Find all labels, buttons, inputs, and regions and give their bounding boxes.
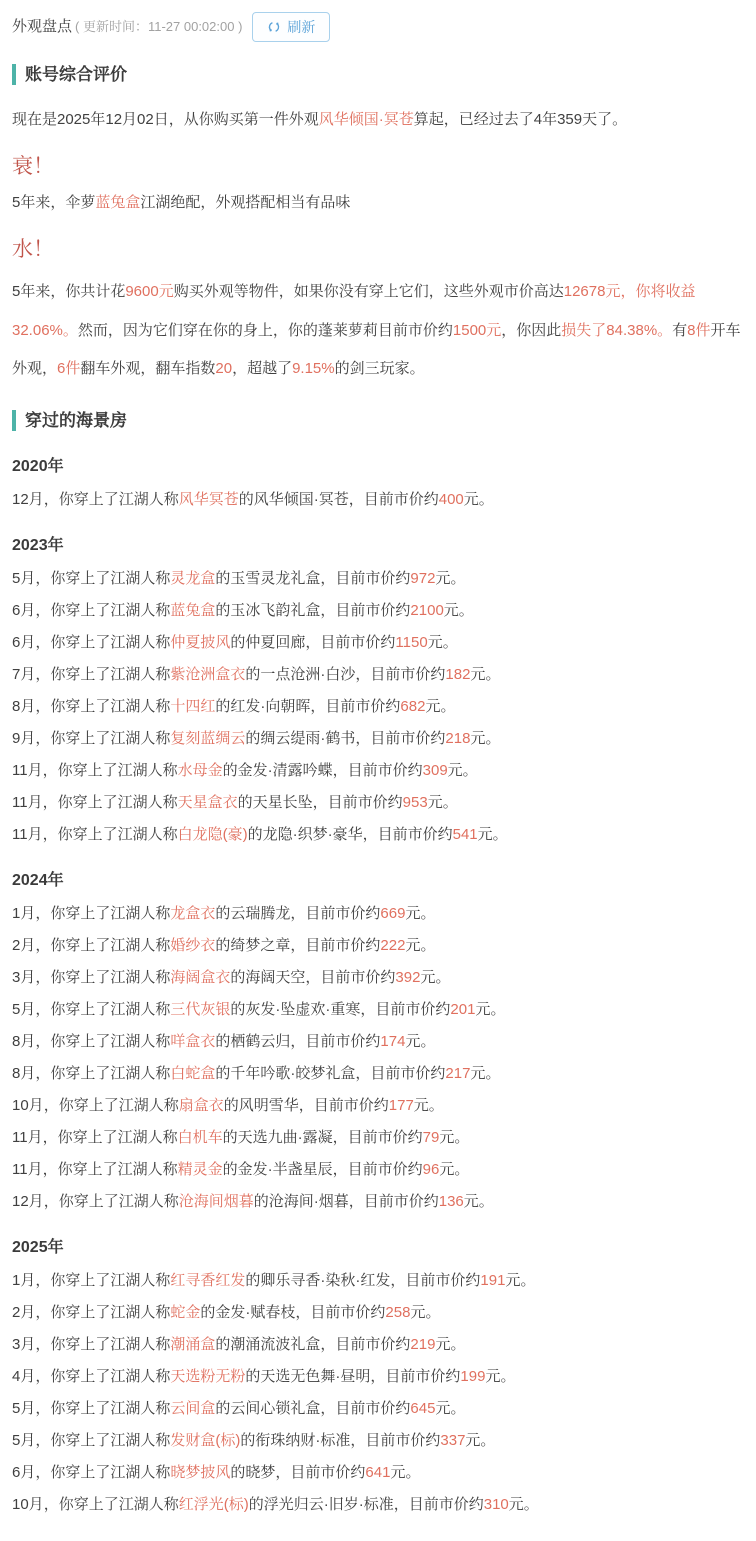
spent-amount: 9600元 bbox=[125, 283, 173, 300]
text-fragment: ，你穿上了江湖人称 bbox=[35, 1464, 170, 1481]
text-fragment: ，目前市价约 bbox=[295, 1304, 385, 1321]
entry-month: 5月 bbox=[12, 1400, 35, 1417]
wardrobe-entry: 6月，你穿上了江湖人称蓝兔盒的玉冰飞韵礼盒，目前市价约2100元。 bbox=[12, 600, 744, 621]
entry-price: 136 bbox=[439, 1193, 464, 1210]
entry-month: 11月 bbox=[12, 1161, 43, 1178]
text-fragment: 的 bbox=[230, 969, 245, 986]
entry-month: 5月 bbox=[12, 1432, 35, 1449]
text-fragment: ，你穿上了江湖人称 bbox=[43, 1129, 178, 1146]
text-fragment: 元。 bbox=[448, 762, 478, 779]
text-fragment: 的 bbox=[215, 1033, 230, 1050]
text-fragment: 元。 bbox=[425, 698, 455, 715]
text-fragment: ，你穿上了江湖人称 bbox=[35, 1033, 170, 1050]
entry-item-name: 沧海间·烟暮 bbox=[269, 1193, 349, 1210]
text-fragment: ，目前市价约 bbox=[355, 666, 445, 683]
text-fragment: 的 bbox=[215, 1336, 230, 1353]
text-fragment: 现在是2025年12月02日，从你购买第一件外观 bbox=[12, 111, 319, 128]
entry-nickname: 沧海间烟暮 bbox=[179, 1193, 254, 1210]
text-fragment: 元。 bbox=[405, 937, 435, 954]
entry-item-name: 玉雪灵龙礼盒 bbox=[230, 570, 320, 587]
entry-month: 11月 bbox=[12, 794, 43, 811]
wardrobe-entry: 1月，你穿上了江湖人称龙盒衣的云瑞腾龙，目前市价约669元。 bbox=[12, 903, 744, 924]
text-fragment: 的 bbox=[215, 570, 230, 587]
entry-month: 10月 bbox=[12, 1097, 44, 1114]
entry-price: 177 bbox=[389, 1097, 414, 1114]
text-fragment: ，目前市价约 bbox=[320, 1400, 410, 1417]
entry-item-name: 浮光归云·旧岁·标准 bbox=[264, 1496, 394, 1513]
entry-month: 11月 bbox=[12, 826, 43, 843]
text-fragment: ，你穿上了江湖人称 bbox=[35, 1065, 170, 1082]
text-fragment: 元。 bbox=[420, 969, 450, 986]
wardrobe-entry: 6月，你穿上了江湖人称晓梦披风的晓梦，目前市价约641元。 bbox=[12, 1462, 744, 1483]
text-fragment: ，你穿上了江湖人称 bbox=[35, 634, 170, 651]
text-fragment: ，目前市价约 bbox=[349, 1193, 439, 1210]
text-fragment: ，你穿上了江湖人称 bbox=[35, 1400, 170, 1417]
text-fragment: 元。 bbox=[390, 1464, 420, 1481]
entry-price: 96 bbox=[423, 1161, 440, 1178]
text-fragment: ，目前市价约 bbox=[355, 730, 445, 747]
text-fragment: 元。 bbox=[439, 1129, 469, 1146]
text-fragment: 购买外观等物件，如果你没有穿上它们，这些外观市价高达 bbox=[174, 283, 564, 300]
entry-month: 12月 bbox=[12, 491, 44, 508]
wardrobe-entry: 2月，你穿上了江湖人称婚纱衣的绮梦之章，目前市价约222元。 bbox=[12, 935, 744, 956]
wardrobe-entry: 1月，你穿上了江湖人称红寻香红发的卿乐寻香·染秋·红发，目前市价约191元。 bbox=[12, 1270, 744, 1291]
text-fragment: ，目前市价约 bbox=[290, 937, 380, 954]
section-heading-account-evaluation: 账号综合评价 bbox=[12, 64, 744, 85]
entry-month: 4月 bbox=[12, 1368, 35, 1385]
text-fragment: ，你穿上了江湖人称 bbox=[35, 730, 170, 747]
entry-item-name: 衔珠纳财·标准 bbox=[255, 1432, 350, 1449]
entry-price: 199 bbox=[460, 1368, 485, 1385]
text-fragment: ，你穿上了江湖人称 bbox=[43, 794, 178, 811]
text-fragment: 的剑三玩家。 bbox=[335, 360, 425, 377]
text-fragment: ，你穿上了江湖人称 bbox=[35, 1336, 170, 1353]
entry-item-name: 仲夏回廊 bbox=[245, 634, 305, 651]
text-fragment: ，目前市价约 bbox=[390, 1272, 480, 1289]
entry-month: 6月 bbox=[12, 602, 35, 619]
text-fragment: 的 bbox=[215, 602, 230, 619]
wardrobe-entry: 4月，你穿上了江湖人称天选粉无粉的天选无色舞·昼明，目前市价约199元。 bbox=[12, 1366, 744, 1387]
gain-item-count: 8件 bbox=[687, 322, 710, 339]
entry-nickname: 咩盒衣 bbox=[170, 1033, 215, 1050]
entry-item-name: 潮涌流波礼盒 bbox=[230, 1336, 320, 1353]
wardrobe-entry: 8月，你穿上了江湖人称十四红的红发·向朝晖，目前市价约682元。 bbox=[12, 696, 744, 717]
entry-item-name: 玉冰飞韵礼盒 bbox=[230, 602, 320, 619]
text-fragment: 的 bbox=[245, 1368, 260, 1385]
text-fragment: 翻车外观，翻车指数 bbox=[80, 360, 215, 377]
text-fragment: 的 bbox=[245, 666, 260, 683]
entry-nickname: 蓝兔盒 bbox=[170, 602, 215, 619]
entry-price: 972 bbox=[410, 570, 435, 587]
year-heading-2024: 2024年 bbox=[12, 871, 744, 892]
text-fragment: ，目前市价约 bbox=[310, 698, 400, 715]
entry-price: 669 bbox=[380, 905, 405, 922]
text-fragment: ，目前市价约 bbox=[333, 762, 423, 779]
entry-item-name: 金发·赋春枝 bbox=[215, 1304, 295, 1321]
entry-month: 8月 bbox=[12, 698, 35, 715]
text-fragment: ，你穿上了江湖人称 bbox=[35, 666, 170, 683]
text-fragment: 的 bbox=[245, 730, 260, 747]
current-value: 1500元 bbox=[453, 322, 501, 339]
text-fragment: 元。 bbox=[478, 826, 508, 843]
first-outfit-name: 风华倾国·冥苍 bbox=[319, 111, 414, 128]
entry-nickname: 红浮光(标) bbox=[179, 1496, 249, 1513]
text-fragment: ，目前市价约 bbox=[333, 1161, 423, 1178]
text-fragment: ，目前市价约 bbox=[349, 491, 439, 508]
entry-price: 541 bbox=[453, 826, 478, 843]
entry-item-name: 绸云缇雨·鹤书 bbox=[260, 730, 355, 747]
entry-nickname: 白蛇盒 bbox=[170, 1065, 215, 1082]
text-fragment: ，你穿上了江湖人称 bbox=[43, 762, 178, 779]
wardrobe-entry: 11月，你穿上了江湖人称水母金的金发·清露吟蝶，目前市价约309元。 bbox=[12, 760, 744, 781]
entry-price: 310 bbox=[484, 1496, 509, 1513]
entry-price: 392 bbox=[395, 969, 420, 986]
text-fragment: ，你穿上了江湖人称 bbox=[35, 1001, 170, 1018]
entry-item-name: 天选无色舞·昼明 bbox=[260, 1368, 370, 1385]
text-fragment: 的 bbox=[238, 794, 253, 811]
text-fragment: 的 bbox=[239, 491, 254, 508]
entry-item-name: 栖鹤云归 bbox=[230, 1033, 290, 1050]
text-fragment: ，目前市价约 bbox=[363, 826, 453, 843]
text-fragment: 的 bbox=[215, 937, 230, 954]
entry-nickname: 白龙隐(豪) bbox=[178, 826, 248, 843]
text-fragment: 元。 bbox=[405, 1033, 435, 1050]
entry-price: 337 bbox=[440, 1432, 465, 1449]
wardrobe-entry: 11月，你穿上了江湖人称天星盒衣的天星长坠，目前市价约953元。 bbox=[12, 792, 744, 813]
text-fragment: ，目前市价约 bbox=[370, 1368, 460, 1385]
text-fragment: 元。 bbox=[470, 1065, 500, 1082]
entry-item-name: 千年吟歌·皎梦礼盒 bbox=[230, 1065, 355, 1082]
entry-price: 191 bbox=[480, 1272, 505, 1289]
entry-month: 12月 bbox=[12, 1193, 44, 1210]
wardrobe-entry: 8月，你穿上了江湖人称白蛇盒的千年吟歌·皎梦礼盒，目前市价约217元。 bbox=[12, 1063, 744, 1084]
entry-item-name: 金发·清露吟蝶 bbox=[238, 762, 333, 779]
text-fragment: ，目前市价约 bbox=[320, 1336, 410, 1353]
entry-month: 1月 bbox=[12, 1272, 35, 1289]
text-fragment: 的 bbox=[254, 1193, 269, 1210]
text-fragment: ，你穿上了江湖人称 bbox=[35, 969, 170, 986]
entry-price: 953 bbox=[403, 794, 428, 811]
entry-month: 7月 bbox=[12, 666, 35, 683]
text-fragment: 5年来，伞萝 bbox=[12, 194, 95, 211]
text-fragment: ，你穿上了江湖人称 bbox=[35, 570, 170, 587]
text-fragment: ，你穿上了江湖人称 bbox=[35, 602, 170, 619]
entry-item-name: 风华倾国·冥苍 bbox=[254, 491, 349, 508]
text-fragment: ，你穿上了江湖人称 bbox=[35, 698, 170, 715]
text-fragment: ，目前市价约 bbox=[333, 1129, 423, 1146]
wardrobe-entry: 6月，你穿上了江湖人称仲夏披风的仲夏回廊，目前市价约1150元。 bbox=[12, 632, 744, 653]
entry-nickname: 发财盒(标) bbox=[170, 1432, 240, 1449]
entry-price: 258 bbox=[385, 1304, 410, 1321]
wardrobe-entry: 10月，你穿上了江湖人称红浮光(标)的浮光归云·旧岁·标准，目前市价约310元。 bbox=[12, 1494, 744, 1515]
entry-nickname: 龙盒衣 bbox=[170, 905, 215, 922]
text-fragment: 元。 bbox=[444, 602, 474, 619]
entry-price: 682 bbox=[400, 698, 425, 715]
text-fragment: 元。 bbox=[475, 1001, 505, 1018]
wardrobe-entry: 3月，你穿上了江湖人称海阔盒衣的海阔天空，目前市价约392元。 bbox=[12, 967, 744, 988]
text-fragment: 元。 bbox=[435, 1400, 465, 1417]
entry-nickname: 十四红 bbox=[170, 698, 215, 715]
entry-item-name: 云瑞腾龙 bbox=[230, 905, 290, 922]
entry-nickname: 天选粉无粉 bbox=[170, 1368, 245, 1385]
entry-nickname: 灵龙盒 bbox=[170, 570, 215, 587]
wardrobe-entry: 9月，你穿上了江湖人称复刻蓝绸云的绸云缇雨·鹤书，目前市价约218元。 bbox=[12, 728, 744, 749]
entry-nickname: 风华冥苍 bbox=[179, 491, 239, 508]
text-fragment: 元。 bbox=[464, 1193, 494, 1210]
entry-item-name: 红发·向朝晖 bbox=[230, 698, 310, 715]
loss-item-count: 6件 bbox=[57, 360, 80, 377]
text-fragment: 的 bbox=[249, 1496, 264, 1513]
text-fragment: ，你穿上了江湖人称 bbox=[44, 1496, 179, 1513]
entry-item-name: 天星长坠 bbox=[253, 794, 313, 811]
text-fragment: ，你穿上了江湖人称 bbox=[44, 1097, 179, 1114]
wardrobe-entry: 5月，你穿上了江湖人称三代灰银的灰发·坠虚欢·重寒，目前市价约201元。 bbox=[12, 999, 744, 1020]
surpass-percent: 9.15% bbox=[292, 360, 335, 377]
text-fragment: 的 bbox=[240, 1432, 255, 1449]
taste-highlight: 蓝兔盒 bbox=[95, 194, 140, 211]
text-fragment: 元。 bbox=[485, 1368, 515, 1385]
text-fragment: ，你穿上了江湖人称 bbox=[44, 491, 179, 508]
entry-price: 174 bbox=[380, 1033, 405, 1050]
entry-month: 8月 bbox=[12, 1033, 35, 1050]
year-heading-2023: 2023年 bbox=[12, 536, 744, 557]
text-fragment: 元。 bbox=[465, 1432, 495, 1449]
entry-price: 219 bbox=[410, 1336, 435, 1353]
entry-price: 2100 bbox=[410, 602, 443, 619]
wardrobe-entry: 11月，你穿上了江湖人称精灵金的金发·半盏星辰，目前市价约96元。 bbox=[12, 1159, 744, 1180]
text-fragment: 的 bbox=[245, 1272, 260, 1289]
flip-index: 20 bbox=[215, 360, 232, 377]
entry-item-name: 风明雪华 bbox=[239, 1097, 299, 1114]
text-fragment: ，目前市价约 bbox=[299, 1097, 389, 1114]
text-fragment: 元。 bbox=[410, 1304, 440, 1321]
update-time: ( 更新时间：11-27 00:02:00 ) bbox=[75, 18, 242, 37]
entry-item-name: 灰发·坠虚欢·重寒 bbox=[245, 1001, 360, 1018]
text-fragment: 5年来，你共计花 bbox=[12, 283, 125, 300]
entry-nickname: 晓梦披风 bbox=[170, 1464, 230, 1481]
entry-nickname: 三代灰银 bbox=[170, 1001, 230, 1018]
wardrobe-entry: 5月，你穿上了江湖人称灵龙盒的玉雪灵龙礼盒，目前市价约972元。 bbox=[12, 568, 744, 589]
entry-nickname: 仲夏披风 bbox=[170, 634, 230, 651]
text-fragment: 元。 bbox=[405, 905, 435, 922]
text-fragment: 然而，因为它们穿在你的身上，你的蓬莱萝莉目前市价约 bbox=[78, 322, 453, 339]
wardrobe-entry: 12月，你穿上了江湖人称沧海间烟暮的沧海间·烟暮，目前市价约136元。 bbox=[12, 1191, 744, 1212]
refresh-label: 刷新 bbox=[287, 17, 315, 37]
verdict-shuai: 衰！ bbox=[12, 153, 744, 180]
entry-month: 1月 bbox=[12, 905, 35, 922]
text-fragment: ，你因此 bbox=[501, 322, 561, 339]
text-fragment: 元。 bbox=[470, 730, 500, 747]
text-fragment: ，你穿上了江湖人称 bbox=[35, 1368, 170, 1385]
entry-nickname: 精灵金 bbox=[178, 1161, 223, 1178]
text-fragment: 的 bbox=[215, 698, 230, 715]
text-fragment: ，你穿上了江湖人称 bbox=[43, 826, 178, 843]
text-fragment: ，目前市价约 bbox=[313, 794, 403, 811]
entry-price: 1150 bbox=[395, 634, 427, 651]
text-fragment: 的 bbox=[248, 826, 263, 843]
entry-price: 217 bbox=[445, 1065, 470, 1082]
text-fragment: ，你穿上了江湖人称 bbox=[44, 1193, 179, 1210]
entry-item-name: 海阔天空 bbox=[245, 969, 305, 986]
entry-price: 309 bbox=[423, 762, 448, 779]
refresh-button[interactable]: 刷新 bbox=[252, 12, 330, 42]
entry-item-name: 天选九曲·露凝 bbox=[238, 1129, 333, 1146]
text-fragment: 的 bbox=[200, 1304, 215, 1321]
wardrobe-entry: 10月，你穿上了江湖人称扇盒衣的风明雪华，目前市价约177元。 bbox=[12, 1095, 744, 1116]
wardrobe-entry: 11月，你穿上了江湖人称白机车的天选九曲·露凝，目前市价约79元。 bbox=[12, 1127, 744, 1148]
verdict-shui: 水！ bbox=[12, 236, 744, 263]
text-fragment: ，你穿上了江湖人称 bbox=[35, 1272, 170, 1289]
entry-month: 9月 bbox=[12, 730, 35, 747]
text-fragment: 元。 bbox=[505, 1272, 535, 1289]
entry-item-name: 金发·半盏星辰 bbox=[238, 1161, 333, 1178]
text-fragment: 元。 bbox=[435, 1336, 465, 1353]
wardrobe-entry: 12月，你穿上了江湖人称风华冥苍的风华倾国·冥苍，目前市价约400元。 bbox=[12, 489, 744, 510]
entry-item-name: 晓梦 bbox=[245, 1464, 275, 1481]
wardrobe-entry: 3月，你穿上了江湖人称潮涌盒的潮涌流波礼盒，目前市价约219元。 bbox=[12, 1334, 744, 1355]
entry-month: 3月 bbox=[12, 1336, 35, 1353]
text-fragment: ，目前市价约 bbox=[305, 969, 395, 986]
text-fragment: 元。 bbox=[435, 570, 465, 587]
text-fragment: ，你穿上了江湖人称 bbox=[35, 1432, 170, 1449]
text-fragment: 江湖绝配，外观搭配相当有品味 bbox=[140, 194, 350, 211]
text-fragment: 的 bbox=[223, 762, 238, 779]
text-fragment: ，目前市价约 bbox=[275, 1464, 365, 1481]
wardrobe-entry: 7月，你穿上了江湖人称紫沧洲盒衣的一点沧洲·白沙，目前市价约182元。 bbox=[12, 664, 744, 685]
intro-paragraph: 现在是2025年12月02日，从你购买第一件外观风华倾国·冥苍算起，已经过去了4… bbox=[12, 109, 744, 131]
text-fragment: 元。 bbox=[470, 666, 500, 683]
entry-item-name: 卿乐寻香·染秋·红发 bbox=[260, 1272, 390, 1289]
entry-item-name: 绮梦之章 bbox=[230, 937, 290, 954]
text-fragment: ，目前市价约 bbox=[320, 602, 410, 619]
wardrobe-entry: 11月，你穿上了江湖人称白龙隐(豪)的龙隐·织梦·豪华，目前市价约541元。 bbox=[12, 824, 744, 845]
section-heading-wardrobe: 穿过的海景房 bbox=[12, 410, 744, 431]
text-fragment: 有 bbox=[672, 322, 687, 339]
text-fragment: 元。 bbox=[414, 1097, 444, 1114]
text-fragment: 的 bbox=[223, 1129, 238, 1146]
text-fragment: 的 bbox=[230, 634, 245, 651]
entry-price: 79 bbox=[423, 1129, 440, 1146]
entry-item-name: 龙隐·织梦·豪华 bbox=[263, 826, 363, 843]
entry-month: 2月 bbox=[12, 937, 35, 954]
year-heading-2025: 2025年 bbox=[12, 1238, 744, 1259]
entry-nickname: 白机车 bbox=[178, 1129, 223, 1146]
text-fragment: 元。 bbox=[428, 634, 458, 651]
text-fragment: ，你穿上了江湖人称 bbox=[35, 1304, 170, 1321]
entry-price: 641 bbox=[365, 1464, 390, 1481]
text-fragment: ，目前市价约 bbox=[360, 1001, 450, 1018]
page: 外观盘点 ( 更新时间：11-27 00:02:00 ) 刷新 账号综合评价 现… bbox=[0, 0, 756, 1541]
entry-nickname: 蛇金 bbox=[170, 1304, 200, 1321]
text-fragment: 元。 bbox=[439, 1161, 469, 1178]
text-fragment: 的 bbox=[215, 1065, 230, 1082]
taste-paragraph: 5年来，伞萝蓝兔盒江湖绝配，外观搭配相当有品味 bbox=[12, 192, 744, 214]
entry-price: 222 bbox=[380, 937, 405, 954]
text-fragment: 元。 bbox=[428, 794, 458, 811]
wardrobe-entry: 5月，你穿上了江湖人称云间盒的云间心锁礼盒，目前市价约645元。 bbox=[12, 1398, 744, 1419]
entry-nickname: 扇盒衣 bbox=[179, 1097, 224, 1114]
entry-nickname: 水母金 bbox=[178, 762, 223, 779]
page-title: 外观盘点 bbox=[12, 16, 72, 38]
text-fragment: ，目前市价约 bbox=[290, 1033, 380, 1050]
wardrobe-entry: 2月，你穿上了江湖人称蛇金的金发·赋春枝，目前市价约258元。 bbox=[12, 1302, 744, 1323]
year-heading-2020: 2020年 bbox=[12, 457, 744, 478]
entry-month: 6月 bbox=[12, 1464, 35, 1481]
text-fragment: ，目前市价约 bbox=[355, 1065, 445, 1082]
refresh-icon bbox=[267, 20, 281, 34]
text-fragment: ，目前市价约 bbox=[394, 1496, 484, 1513]
entry-price: 400 bbox=[439, 491, 464, 508]
entry-nickname: 复刻蓝绸云 bbox=[170, 730, 245, 747]
text-fragment: 的 bbox=[230, 1464, 245, 1481]
text-fragment: 的 bbox=[215, 1400, 230, 1417]
text-fragment: 元。 bbox=[509, 1496, 539, 1513]
entry-nickname: 潮涌盒 bbox=[170, 1336, 215, 1353]
entry-price: 218 bbox=[445, 730, 470, 747]
entry-month: 5月 bbox=[12, 570, 35, 587]
page-header: 外观盘点 ( 更新时间：11-27 00:02:00 ) 刷新 bbox=[12, 12, 744, 42]
entry-nickname: 海阔盒衣 bbox=[170, 969, 230, 986]
entry-nickname: 紫沧洲盒衣 bbox=[170, 666, 245, 683]
wardrobe-entry: 8月，你穿上了江湖人称咩盒衣的栖鹤云归，目前市价约174元。 bbox=[12, 1031, 744, 1052]
entry-item-name: 云间心锁礼盒 bbox=[230, 1400, 320, 1417]
text-fragment: ，你穿上了江湖人称 bbox=[35, 937, 170, 954]
entry-price: 182 bbox=[445, 666, 470, 683]
summary-paragraph: 5年来，你共计花9600元购买外观等物件，如果你没有穿上它们，这些外观市价高达1… bbox=[12, 273, 744, 388]
text-fragment: ，目前市价约 bbox=[290, 905, 380, 922]
text-fragment: 元。 bbox=[464, 491, 494, 508]
entry-month: 8月 bbox=[12, 1065, 35, 1082]
entry-item-name: 一点沧洲·白沙 bbox=[260, 666, 355, 683]
text-fragment: ，目前市价约 bbox=[320, 570, 410, 587]
text-fragment: 的 bbox=[215, 905, 230, 922]
entry-price: 645 bbox=[410, 1400, 435, 1417]
entry-nickname: 天星盒衣 bbox=[178, 794, 238, 811]
entry-month: 10月 bbox=[12, 1496, 44, 1513]
text-fragment: 算起，已经过去了4年359天了。 bbox=[414, 111, 627, 128]
wardrobe-entry: 5月，你穿上了江湖人称发财盒(标)的衔珠纳财·标准，目前市价约337元。 bbox=[12, 1430, 744, 1451]
entry-month: 5月 bbox=[12, 1001, 35, 1018]
text-fragment: ，你穿上了江湖人称 bbox=[35, 905, 170, 922]
entry-price: 201 bbox=[450, 1001, 475, 1018]
entry-nickname: 婚纱衣 bbox=[170, 937, 215, 954]
entry-month: 3月 bbox=[12, 969, 35, 986]
text-fragment: ，超越了 bbox=[232, 360, 292, 377]
entry-month: 2月 bbox=[12, 1304, 35, 1321]
loss-percent: 损失了84.38%。 bbox=[561, 322, 672, 339]
text-fragment: 的 bbox=[230, 1001, 245, 1018]
entry-month: 6月 bbox=[12, 634, 35, 651]
entry-month: 11月 bbox=[12, 762, 43, 779]
text-fragment: 的 bbox=[223, 1161, 238, 1178]
entry-nickname: 云间盒 bbox=[170, 1400, 215, 1417]
text-fragment: ，目前市价约 bbox=[305, 634, 395, 651]
entry-nickname: 红寻香红发 bbox=[170, 1272, 245, 1289]
text-fragment: 的 bbox=[224, 1097, 239, 1114]
text-fragment: ，你穿上了江湖人称 bbox=[43, 1161, 178, 1178]
text-fragment: ，目前市价约 bbox=[350, 1432, 440, 1449]
entry-month: 11月 bbox=[12, 1129, 43, 1146]
